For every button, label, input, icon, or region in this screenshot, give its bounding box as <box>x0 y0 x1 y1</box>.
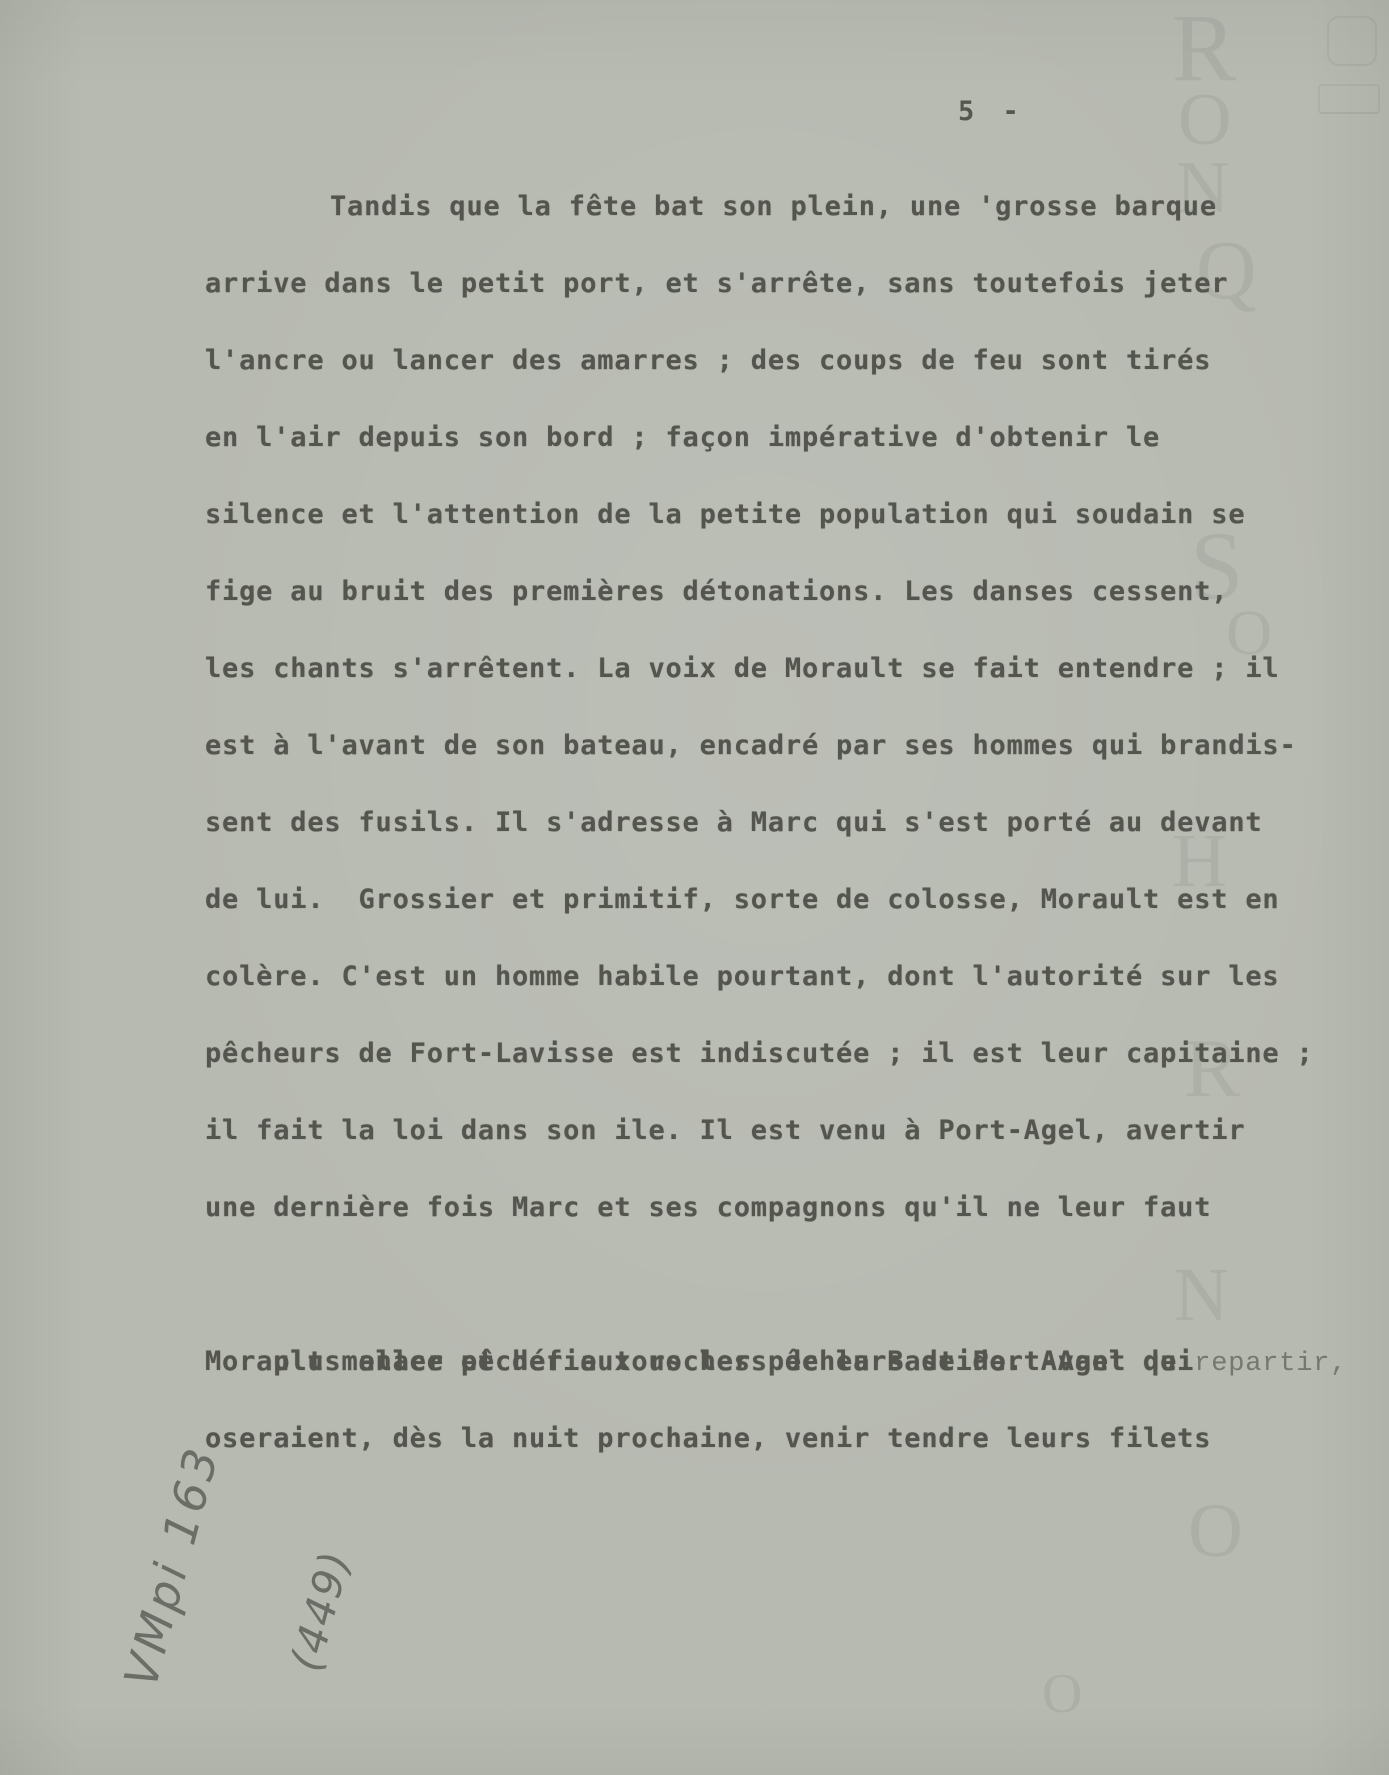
page-number: 5 - <box>958 96 1025 127</box>
ghost-stamp-rect <box>1327 16 1377 66</box>
typescript-line: l'ancre ou lancer des amarres ; des coup… <box>205 322 1305 399</box>
ghost-stamp-rect <box>1318 84 1380 114</box>
typescript-line: plus aller pêcher aux rochers de la Bast… <box>205 1246 1305 1323</box>
typescript-line: de lui. Grossier et primitif, sorte de c… <box>205 861 1305 938</box>
typescript-line-segment-light-type: repartir, <box>1194 1349 1347 1379</box>
typescript-body: Tandis que la fête bat son plein, une 'g… <box>205 168 1305 1477</box>
typescript-line: colère. C'est un homme habile pourtant, … <box>205 938 1305 1015</box>
typescript-line: en l'air depuis son bord ; façon impérat… <box>205 399 1305 476</box>
typescript-line: Morault menace et défie tous les pêcheur… <box>205 1323 1305 1400</box>
typescript-line: une dernière fois Marc et ses compagnons… <box>205 1169 1305 1246</box>
annotation-number: (449) <box>265 1480 379 1733</box>
typescript-line: arrive dans le petit port, et s'arrête, … <box>205 245 1305 322</box>
watermark-letter: O <box>1188 1488 1243 1575</box>
scanned-typescript-page: { "doc": { "page_number": "5 -", "body_l… <box>0 0 1389 1775</box>
typescript-line: oseraient, dès la nuit prochaine, venir … <box>205 1400 1305 1477</box>
watermark-letter: O <box>1042 1662 1082 1726</box>
typescript-line: sent des fusils. Il s'adresse à Marc qui… <box>205 784 1305 861</box>
annotation-code: VMpi 163 <box>114 1440 228 1693</box>
typescript-line: pêcheurs de Fort-Lavisse est indiscutée … <box>205 1015 1305 1092</box>
typescript-line: silence et l'attention de la petite popu… <box>205 476 1305 553</box>
typescript-line: il fait la loi dans son ile. Il est venu… <box>205 1092 1305 1169</box>
typescript-line: fige au bruit des premières détonations.… <box>205 553 1305 630</box>
typescript-line: les chants s'arrêtent. La voix de Moraul… <box>205 630 1305 707</box>
typescript-line: Tandis que la fête bat son plein, une 'g… <box>205 168 1305 245</box>
typescript-line: est à l'avant de son bateau, encadré par… <box>205 707 1305 784</box>
